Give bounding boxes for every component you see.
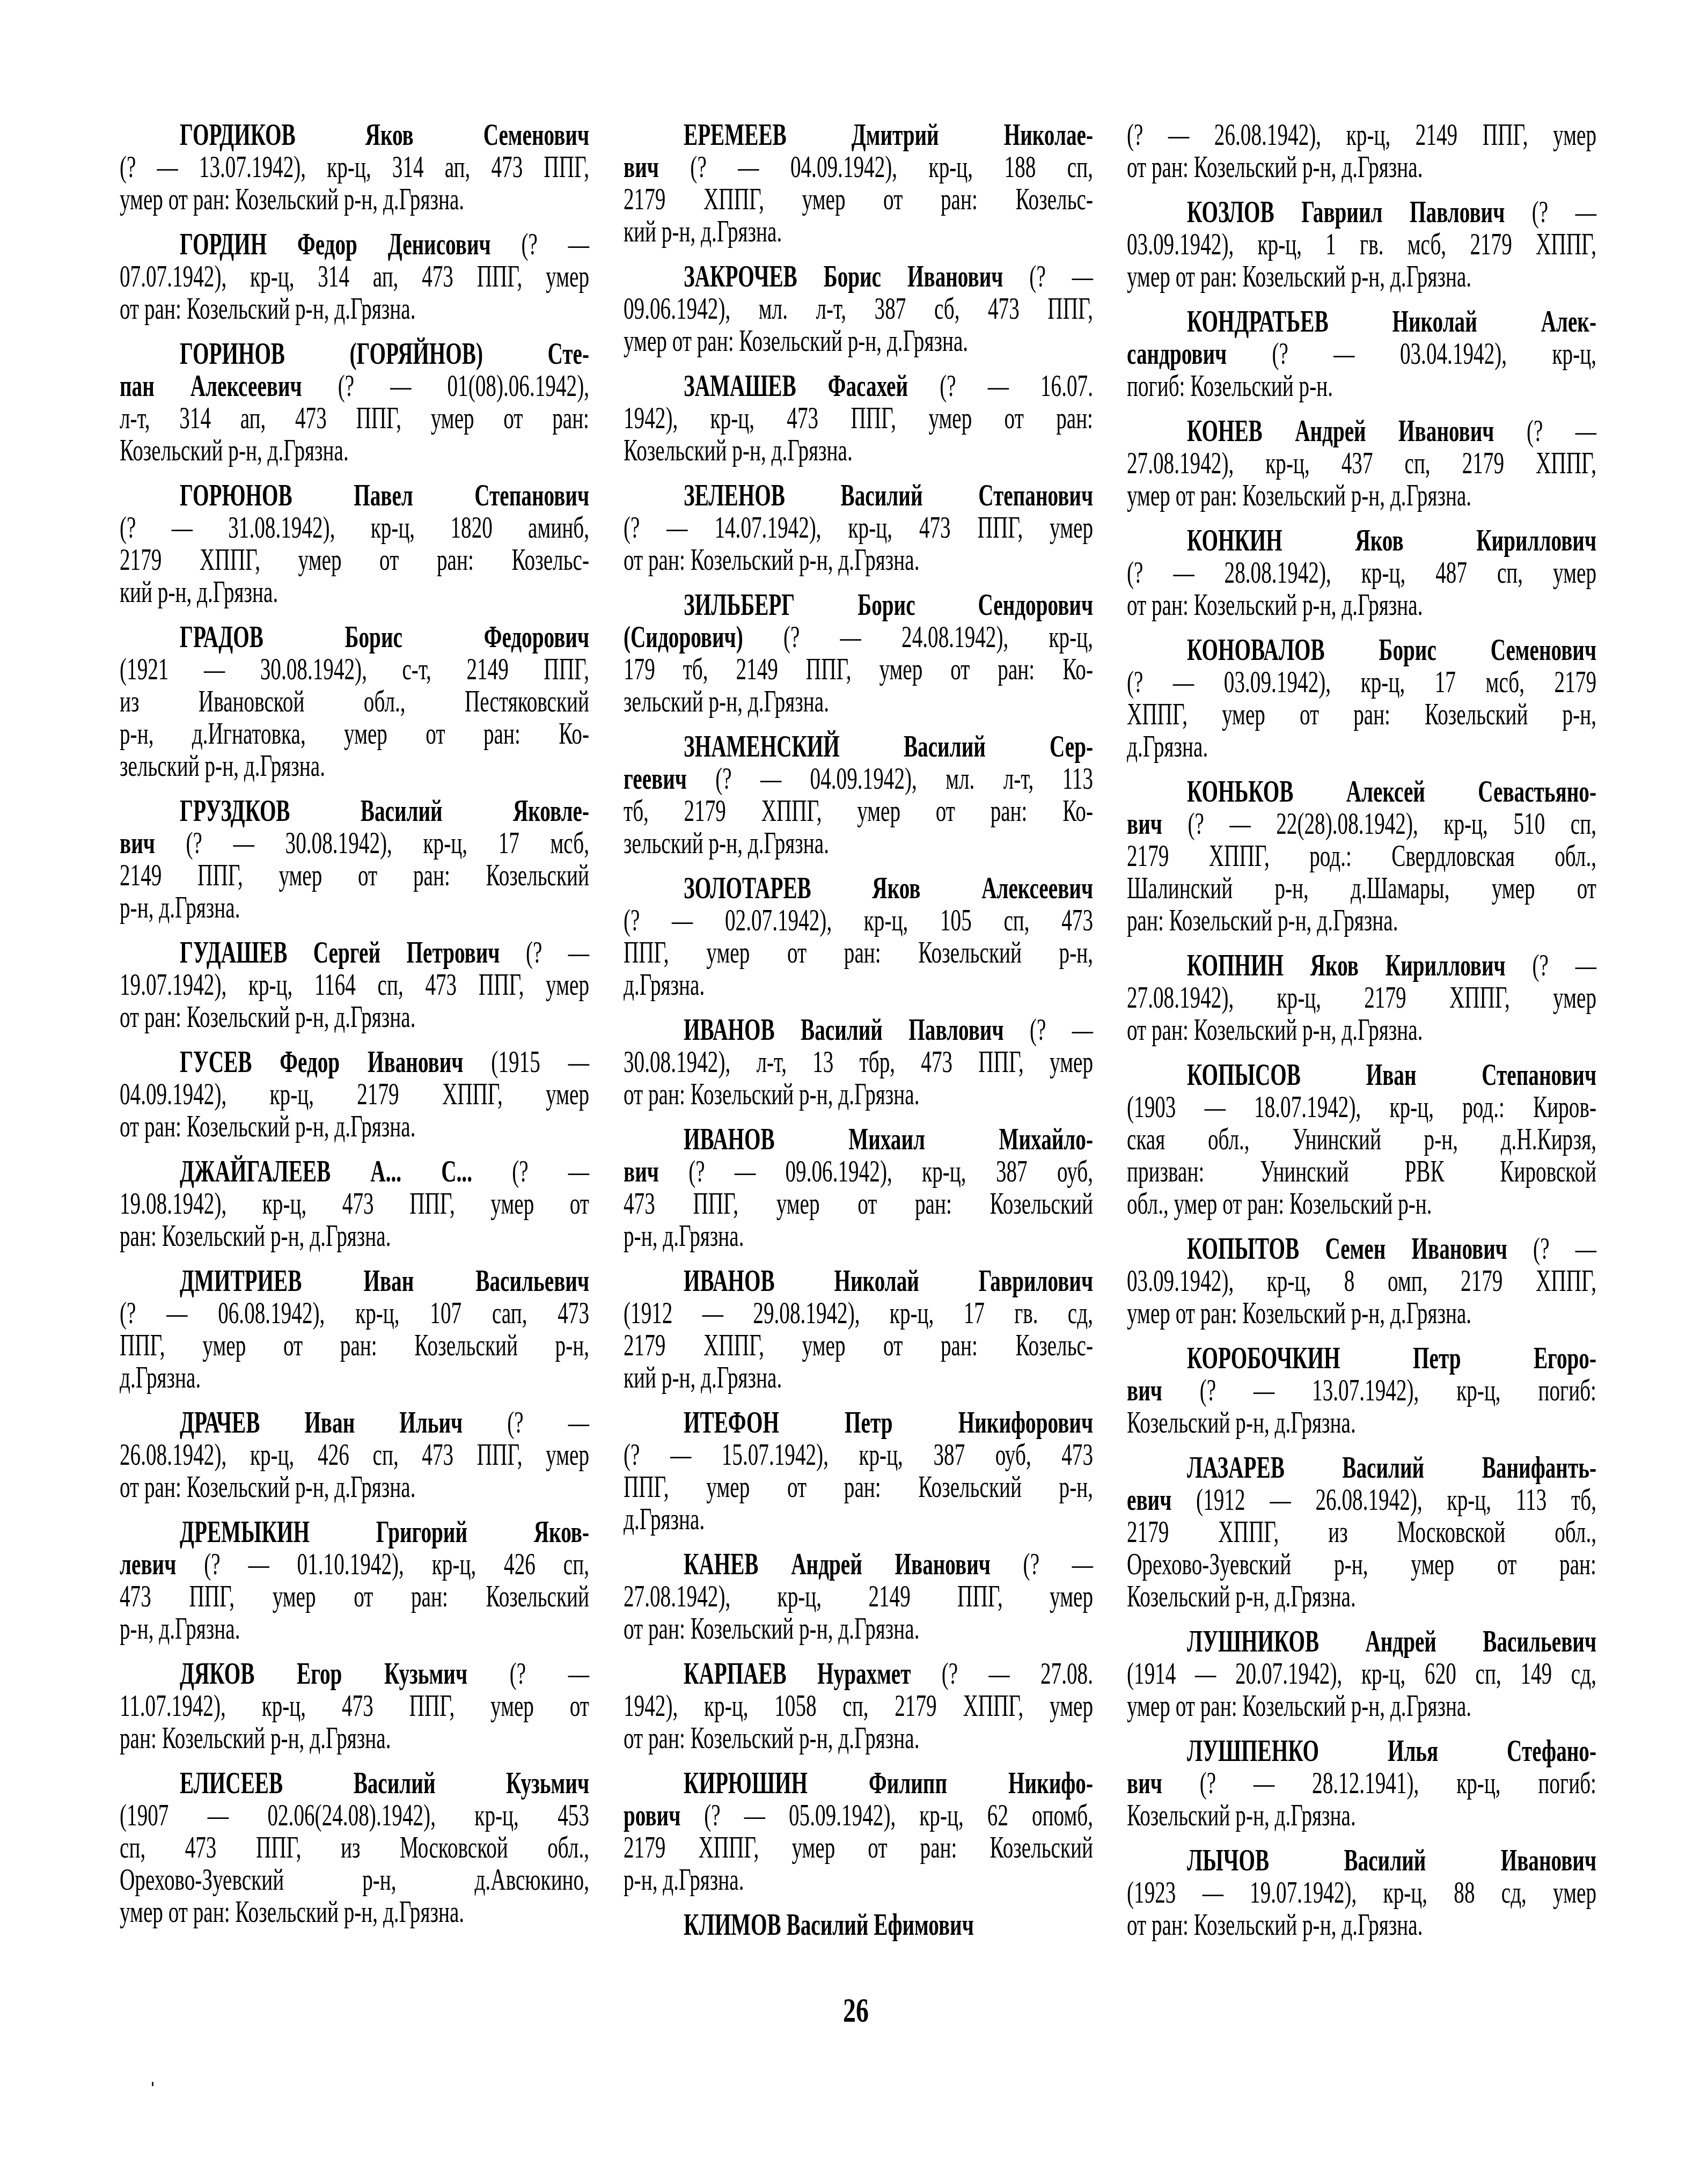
entry-details: 2179 ХППГ, из Московской обл., <box>1127 1516 1596 1549</box>
memorial-entry: КОПЫТОВ Семен Иванович (? —03.09.1942), … <box>1127 1233 1596 1330</box>
entry-details: 2149 ППГ, умер от ран: Козельский <box>120 859 589 892</box>
memorial-entry: ДЯКОВ Егор Кузьмич (? —11.07.1942), кр-ц… <box>120 1658 589 1755</box>
entry-details: зельский р-н, д.Грязна. <box>624 685 829 718</box>
entry-details: умер от ран: Козельский р-н, д.Грязна. <box>1127 479 1471 512</box>
entry-text-line: ХППГ, умер от ран: Козельский р-н, <box>1127 699 1596 731</box>
entry-details: ППГ, умер от ран: Козельский р-н, <box>624 936 1093 970</box>
entry-details: зельский р-н, д.Грязна. <box>624 827 829 860</box>
entry-details: (? — <box>991 1548 1093 1581</box>
entry-details: л-т, 314 ап, 473 ППГ, умер от ран: <box>120 402 589 435</box>
entry-text-line: 2179 ХППГ, умер от ран: Козельский <box>624 1832 1093 1864</box>
entry-text-line: ран: Козельский р-н, д.Грязна. <box>1127 905 1596 937</box>
entry-text-line: 27.08.1942), кр-ц, 2179 ХППГ, умер <box>1127 982 1596 1014</box>
person-name: ЛУШНИКОВ Андрей Васильевич <box>1187 1625 1596 1658</box>
person-name: ДЖАЙГАЛЕЕВ А... С... <box>180 1155 472 1188</box>
entry-details: (? — 01.10.1942), кр-ц, 426 сп, <box>176 1548 589 1581</box>
entry-text-line: р-н, д.Грязна. <box>120 1613 589 1645</box>
entry-details: Шалинский р-н, д.Шамары, умер от <box>1127 872 1596 905</box>
person-name: КОПЫСОВ Иван Степанович <box>1187 1059 1596 1092</box>
memorial-entry: ДРЕМЫКИН Григорий Яков-левич (? — 01.10.… <box>120 1516 589 1645</box>
person-name: ЛЫЧОВ Василий Иванович <box>1187 1844 1596 1877</box>
entry-heading-line: ЛУШНИКОВ Андрей Васильевич <box>1127 1626 1596 1658</box>
entry-details: умер от ран: Козельский р-н, д.Грязна. <box>120 183 464 216</box>
memorial-entry: ДЖАЙГАЛЕЕВ А... С... (? —19.08.1942), кр… <box>120 1156 589 1252</box>
entry-text-line: р-н, д.Игнатовка, умер от ран: Ко- <box>120 718 589 750</box>
entry-text-line: кий р-н, д.Грязна. <box>624 1362 1093 1394</box>
entry-details: р-н, д.Грязна. <box>120 891 240 924</box>
entry-details: (1912 — 29.08.1942), кр-ц, 17 гв. сд, <box>624 1297 1093 1330</box>
entry-details: от ран: Козельский р-н, д.Грязна. <box>624 1722 919 1755</box>
memorial-entry: ЗНАМЕНСКИЙ Василий Сер-геевич (? — 04.09… <box>624 731 1093 860</box>
entry-heading-line: КОПЫСОВ Иван Степанович <box>1127 1059 1596 1091</box>
person-name: ЗЕЛЕНОВ Василий Степанович <box>684 479 1093 512</box>
entry-text-line: 473 ППГ, умер от ран: Козельский <box>120 1581 589 1613</box>
entry-heading-line: ЗОЛОТАРЕВ Яков Алексеевич <box>624 872 1093 905</box>
memorial-entry: КАНЕВ Андрей Иванович (? —27.08.1942), к… <box>624 1548 1093 1645</box>
entry-details: (? — 02.07.1942), кр-ц, 105 сп, 473 <box>624 904 1093 937</box>
entry-text-line: умер от ран: Козельский р-н, д.Грязна. <box>120 1896 589 1928</box>
entry-heading-line: ИВАНОВ Михаил Михайло- <box>624 1124 1093 1156</box>
entry-heading-line: КОЗЛОВ Гавриил Павлович (? — <box>1127 196 1596 229</box>
entry-details: (? — 30.08.1942), кр-ц, 17 мсб, <box>155 827 589 860</box>
entry-heading-line: КОРОБОЧКИН Петр Егоро- <box>1127 1342 1596 1375</box>
entry-details: (? — <box>467 1657 589 1691</box>
entry-details: 04.09.1942), кр-ц, 2179 ХППГ, умер <box>120 1078 589 1111</box>
entry-details: (? — <box>1506 949 1596 982</box>
entry-text-line: умер от ран: Козельский р-н, д.Грязна. <box>120 183 589 216</box>
entry-details: р-н, д.Грязна. <box>120 1612 240 1646</box>
entry-details: ППГ, умер от ран: Козельский р-н, <box>624 1471 1093 1504</box>
entry-details: (? — <box>491 228 589 261</box>
person-name: ЕЛИСЕЕВ Василий Кузьмич <box>180 1767 589 1800</box>
entry-details: Орехово-Зуевский р-н, д.Авсюкино, <box>120 1863 589 1897</box>
entry-text-line: 19.08.1942), кр-ц, 473 ППГ, умер от <box>120 1188 589 1220</box>
memorial-entry: КОНЬКОВ Алексей Севастьяно-вич (? — 22(2… <box>1127 776 1596 937</box>
entry-text-line: вич (? — 13.07.1942), кр-ц, погиб: <box>1127 1375 1596 1407</box>
entry-text-line: д.Грязна. <box>120 1362 589 1394</box>
entry-details: от ран: Козельский р-н, д.Грязна. <box>1127 151 1423 184</box>
person-name: КОНЬКОВ Алексей Севастьяно- <box>1187 775 1596 809</box>
scan-speck <box>152 2082 153 2086</box>
memorial-entry: ЗАМАШЕВ Фасахей (? — 16.07.1942), кр-ц, … <box>624 370 1093 467</box>
entry-details: от ран: Козельский р-н, д.Грязна. <box>624 1612 919 1646</box>
entry-text-line: (? — 28.08.1942), кр-ц, 487 сп, умер <box>1127 557 1596 589</box>
entry-heading-line: ИВАНОВ Василий Павлович (? — <box>624 1014 1093 1046</box>
entry-text-line: д.Грязна. <box>1127 731 1596 763</box>
memorial-entry: ДМИТРИЕВ Иван Васильевич(? — 06.08.1942)… <box>120 1265 589 1394</box>
entry-heading-line: ГУСЕВ Федор Иванович (1915 — <box>120 1046 589 1078</box>
entry-details: 03.09.1942), кр-ц, 8 омп, 2179 ХППГ, <box>1127 1265 1596 1298</box>
entry-text-line: от ран: Козельский р-н, д.Грязна. <box>624 1722 1093 1755</box>
entry-text-line: (1903 — 18.07.1942), кр-ц, род.: Киров- <box>1127 1091 1596 1124</box>
memorial-entry: ЗОЛОТАРЕВ Яков Алексеевич(? — 02.07.1942… <box>624 872 1093 1001</box>
entry-text-line: вич (? — 09.06.1942), кр-ц, 387 оуб, <box>624 1156 1093 1188</box>
entry-heading-line: КОНЬКОВ Алексей Севастьяно- <box>1127 776 1596 808</box>
entry-text-line: 1942), кр-ц, 473 ППГ, умер от ран: <box>624 402 1093 435</box>
entry-details: кий р-н, д.Грязна. <box>120 576 278 609</box>
entry-details: призван: Унинский РВК Кировской <box>1127 1155 1596 1188</box>
entry-details: Козельский р-н, д.Грязна. <box>1127 1406 1356 1440</box>
entry-heading-line: ЕРЕМЕЕВ Дмитрий Николае- <box>624 119 1093 151</box>
entry-heading-line: КОНКИН Яков Кириллович <box>1127 525 1596 557</box>
entry-details: (? — 26.08.1942), кр-ц, 2149 ППГ, умер <box>1127 119 1596 152</box>
entry-details: 30.08.1942), л-т, 13 тбр, 473 ППГ, умер <box>624 1046 1093 1079</box>
person-name: ЗНАМЕНСКИЙ Василий Сер- <box>684 730 1093 764</box>
entry-text-line: вич (? — 22(28).08.1942), кр-ц, 510 сп, <box>1127 808 1596 840</box>
entry-heading-line: ГОРДИН Федор Денисович (? — <box>120 229 589 261</box>
entry-heading-line: ИВАНОВ Николай Гаврилович <box>624 1265 1093 1297</box>
entry-text-line: Козельский р-н, д.Грязна. <box>1127 1581 1596 1613</box>
entry-heading-line: ДЖАЙГАЛЕЕВ А... С... (? — <box>120 1156 589 1188</box>
memorial-entry: ГУДАШЕВ Сергей Петрович (? —19.07.1942),… <box>120 937 589 1033</box>
entry-text-line: 03.09.1942), кр-ц, 8 омп, 2179 ХППГ, <box>1127 1265 1596 1297</box>
entry-text-line: (1912 — 29.08.1942), кр-ц, 17 гв. сд, <box>624 1297 1093 1330</box>
entry-text-line: д.Грязна. <box>624 1503 1093 1536</box>
person-name: ГОРДИКОВ Яков Семенович <box>180 119 589 152</box>
entry-text-line: ППГ, умер от ран: Козельский р-н, <box>624 937 1093 969</box>
person-name: вич <box>624 151 659 184</box>
entry-details: от ран: Козельский р-н, д.Грязна. <box>120 1471 415 1504</box>
entry-details: 11.07.1942), кр-ц, 473 ППГ, умер от <box>120 1690 589 1723</box>
person-name: КОНОВАЛОВ Борис Семенович <box>1187 634 1596 667</box>
entry-details: (1914 — 20.07.1942), кр-ц, 620 сп, 149 с… <box>1127 1657 1596 1691</box>
entry-details: умер от ран: Козельский р-н, д.Грязна. <box>1127 260 1471 293</box>
entry-text-line: от ран: Козельский р-н, д.Грязна. <box>120 293 589 325</box>
entry-text-line: (1923 — 19.07.1942), кр-ц, 88 сд, умер <box>1127 1877 1596 1909</box>
entry-details: умер от ран: Козельский р-н, д.Грязна. <box>120 1896 464 1929</box>
memorial-entry: ГРУЗДКОВ Василий Яковле-вич (? — 30.08.1… <box>120 795 589 924</box>
entry-details: д.Грязна. <box>624 968 705 1002</box>
person-name: КОРОБОЧКИН Петр Егоро- <box>1187 1342 1596 1375</box>
entry-text-line: 2179 ХППГ, умер от ран: Козельс- <box>120 544 589 576</box>
entry-heading-line: КАРПАЕВ Нурахмет (? — 27.08. <box>624 1658 1093 1690</box>
person-name: КОПЫТОВ Семен Иванович <box>1187 1232 1507 1266</box>
memorial-entry: ГОРЮНОВ Павел Степанович(? — 31.08.1942)… <box>120 480 589 608</box>
entry-heading-line: КОПНИН Яков Кириллович (? — <box>1127 950 1596 982</box>
entry-text-line: сандрович (? — 03.04.1942), кр-ц, <box>1127 338 1596 370</box>
entry-heading-line: ЗАМАШЕВ Фасахей (? — 16.07. <box>624 370 1093 402</box>
entry-details: от ран: Козельский р-н, д.Грязна. <box>624 544 919 577</box>
memorial-entry: ЛУШПЕНКО Илья Стефано-вич (? — 28.12.194… <box>1127 1735 1596 1832</box>
person-name: ЕРЕМЕЕВ Дмитрий Николае- <box>684 119 1093 152</box>
memorial-entry: ГРАДОВ Борис Федорович(1921 — 30.08.1942… <box>120 621 589 782</box>
entry-text-line: (? — 14.07.1942), кр-ц, 473 ППГ, умер <box>624 512 1093 544</box>
entry-text-line: призван: Унинский РВК Кировской <box>1127 1156 1596 1188</box>
entry-details: (? — <box>463 1406 589 1440</box>
entry-details: (? — 13.07.1942), кр-ц, погиб: <box>1162 1374 1596 1407</box>
person-name: вич <box>120 827 155 860</box>
entry-details: (? — 03.09.1942), кр-ц, 17 мсб, 2179 <box>1127 666 1596 699</box>
entry-text-line: (? — 31.08.1942), кр-ц, 1820 аминб, <box>120 512 589 544</box>
entry-text-line: от ран: Козельский р-н, д.Грязна. <box>120 1471 589 1503</box>
entry-details: Козельский р-н, д.Грязна. <box>624 434 853 467</box>
entry-details: 2179 ХППГ, умер от ран: Козельс- <box>624 1329 1093 1362</box>
entry-heading-line: ДЯКОВ Егор Кузьмич (? — <box>120 1658 589 1690</box>
entry-text-line: сп, 473 ППГ, из Московской обл., <box>120 1832 589 1864</box>
person-name: рович <box>624 1799 680 1832</box>
entry-text-line: д.Грязна. <box>624 969 1093 1001</box>
entry-text-line: от ран: Козельский р-н, д.Грязна. <box>1127 1014 1596 1046</box>
entry-details: (1912 — 26.08.1942), кр-ц, 113 тб, <box>1171 1484 1596 1517</box>
entry-details: 19.07.1942), кр-ц, 1164 сп, 473 ППГ, уме… <box>120 968 589 1002</box>
entry-text-line: умер от ран: Козельский р-н, д.Грязна. <box>1127 1690 1596 1722</box>
entry-text-line: (Сидорович) (? — 24.08.1942), кр-ц, <box>624 621 1093 654</box>
entry-text-line: Орехово-Зуевский р-н, умер от ран: <box>1127 1548 1596 1581</box>
person-name: КОНЕВ Андрей Иванович <box>1187 415 1494 448</box>
entry-text-line: 30.08.1942), л-т, 13 тбр, 473 ППГ, умер <box>624 1046 1093 1078</box>
entry-text-line: от ран: Козельский р-н, д.Грязна. <box>624 1078 1093 1111</box>
entry-text-line: зельский р-н, д.Грязна. <box>624 827 1093 860</box>
person-name: ГОРДИН Федор Денисович <box>180 228 491 261</box>
entry-heading-line: ЛУШПЕНКО Илья Стефано- <box>1127 1735 1596 1767</box>
entry-text-line: умер от ран: Козельский р-н, д.Грязна. <box>1127 480 1596 512</box>
memorial-entry: ЗИЛЬБЕРГ Борис Сендорович(Сидорович) (? … <box>624 589 1093 718</box>
entry-text-line: ППГ, умер от ран: Козельский р-н, <box>624 1471 1093 1503</box>
entry-details: 19.08.1942), кр-ц, 473 ППГ, умер от <box>120 1187 589 1221</box>
person-name: КОЗЛОВ Гавриил Павлович <box>1187 196 1505 229</box>
entry-heading-line: КОНДРАТЬЕВ Николай Алек- <box>1127 306 1596 338</box>
entry-heading-line: ЗЕЛЕНОВ Василий Степанович <box>624 480 1093 512</box>
entry-details: из Ивановской обл., Пестяковский <box>120 685 589 718</box>
entry-text-line: 1942), кр-ц, 1058 сп, 2179 ХППГ, умер <box>624 1690 1093 1722</box>
entry-details: Козельский р-н, д.Грязна. <box>1127 1799 1356 1832</box>
person-name: левич <box>120 1548 176 1581</box>
entry-details: от ран: Козельский р-н, д.Грязна. <box>624 1078 919 1111</box>
entry-text-line: ППГ, умер от ран: Козельский р-н, <box>120 1330 589 1362</box>
text-column-right: (? — 26.08.1942), кр-ц, 2149 ППГ, умерот… <box>1127 119 1596 1954</box>
entry-details: (? — 14.07.1942), кр-ц, 473 ППГ, умер <box>624 511 1093 545</box>
entry-text-line: пан Алексеевич (? — 01(08).06.1942), <box>120 370 589 402</box>
entry-text-line: Шалинский р-н, д.Шамары, умер от <box>1127 872 1596 905</box>
entry-details: (? — 13.07.1942), кр-ц, 314 ап, 473 ППГ, <box>120 151 589 184</box>
entry-details: ран: Козельский р-н, д.Грязна. <box>120 1722 391 1755</box>
entry-details: (? — 16.07. <box>908 370 1093 403</box>
person-name: КЛИМОВ Василий Ефимович <box>684 1909 974 1942</box>
person-name: ЗАМАШЕВ Фасахей <box>684 370 908 403</box>
entry-text-line: кий р-н, д.Грязна. <box>120 576 589 608</box>
memorial-entry: ЛУШНИКОВ Андрей Васильевич(1914 — 20.07.… <box>1127 1626 1596 1722</box>
entry-details: (? — 04.09.1942), кр-ц, 188 сп, <box>659 151 1093 184</box>
entry-details: 09.06.1942), мл. л-т, 387 сб, 473 ППГ, <box>624 292 1093 326</box>
entry-details: 2179 ХППГ, род.: Свердловская обл., <box>1127 840 1596 873</box>
entry-details: обл., умер от ран: Козельский р-н. <box>1127 1187 1432 1221</box>
memorial-entry: ЕРЕМЕЕВ Дмитрий Николае-вич (? — 04.09.1… <box>624 119 1093 248</box>
entry-text-line: (1914 — 20.07.1942), кр-ц, 620 сп, 149 с… <box>1127 1658 1596 1690</box>
entry-text-line: 04.09.1942), кр-ц, 2179 ХППГ, умер <box>120 1078 589 1111</box>
entry-text-line: геевич (? — 04.09.1942), мл. л-т, 113 <box>624 763 1093 795</box>
entry-details: 07.07.1942), кр-ц, 314 ап, 473 ППГ, умер <box>120 260 589 293</box>
entry-details: (? — <box>500 936 589 970</box>
person-name: ГРУЗДКОВ Василий Яковле- <box>180 795 589 828</box>
memorial-entry: КОНОВАЛОВ Борис Семенович(? — 03.09.1942… <box>1127 634 1596 763</box>
person-name: КОНДРАТЬЕВ Николай Алек- <box>1187 305 1596 339</box>
entry-heading-line: ГРАДОВ Борис Федорович <box>120 621 589 654</box>
entry-details: д.Грязна. <box>1127 730 1208 764</box>
text-column-left: ГОРДИКОВ Яков Семенович(? — 13.07.1942),… <box>120 119 589 1941</box>
memorial-entry: ДРАЧЕВ Иван Ильич (? —26.08.1942), кр-ц,… <box>120 1407 589 1503</box>
entry-details: (? — <box>472 1155 589 1188</box>
entry-text-line: р-н, д.Грязна. <box>120 892 589 924</box>
entry-details: (1915 — <box>463 1046 589 1079</box>
entry-text-line: (? — 06.08.1942), кр-ц, 107 сап, 473 <box>120 1297 589 1330</box>
entry-details: от ран: Козельский р-н, д.Грязна. <box>120 292 415 326</box>
entry-text-line: Козельский р-н, д.Грязна. <box>624 435 1093 467</box>
person-name: ГОРИНОВ (ГОРЯЙНОВ) Сте- <box>180 337 589 371</box>
person-name: ЗОЛОТАРЕВ Яков Алексеевич <box>684 872 1093 905</box>
entry-heading-line: ЗАКРОЧЕВ Борис Иванович (? — <box>624 261 1093 293</box>
entry-details: ран: Козельский р-н, д.Грязна. <box>1127 904 1398 937</box>
entry-details: 1942), кр-ц, 1058 сп, 2179 ХППГ, умер <box>624 1690 1093 1723</box>
entry-details: р-н, д.Грязна. <box>624 1863 744 1897</box>
entry-details: (? — <box>1003 260 1093 293</box>
entry-details: от ран: Козельский р-н, д.Грязна. <box>1127 1014 1423 1047</box>
entry-text-line: 27.08.1942), кр-ц, 437 сп, 2179 ХППГ, <box>1127 447 1596 480</box>
memorial-entry: ИТЕФОН Петр Никифорович(? — 15.07.1942),… <box>624 1407 1093 1536</box>
entry-details: кий р-н, д.Грязна. <box>624 1361 782 1394</box>
entry-text-line: Козельский р-н, д.Грязна. <box>120 435 589 467</box>
entry-text-line: из Ивановской обл., Пестяковский <box>120 686 589 718</box>
person-name: ИВАНОВ Михаил Михайло- <box>684 1123 1093 1156</box>
memorial-entry: (? — 26.08.1942), кр-ц, 2149 ППГ, умерот… <box>1127 119 1596 183</box>
entry-text-line: (? — 26.08.1942), кр-ц, 2149 ППГ, умер <box>1127 119 1596 151</box>
person-name: вич <box>624 1155 659 1188</box>
entry-text-line: Козельский р-н, д.Грязна. <box>1127 1407 1596 1439</box>
entry-details: ППГ, умер от ран: Козельский р-н, <box>120 1329 589 1362</box>
entry-details: (? — 01(08).06.1942), <box>302 370 589 403</box>
entry-text-line: от ран: Козельский р-н, д.Грязна. <box>1127 1909 1596 1941</box>
entry-details: зельский р-н, д.Грязна. <box>120 750 325 783</box>
entry-heading-line: КОНЕВ Андрей Иванович (? — <box>1127 415 1596 447</box>
entry-details: 27.08.1942), кр-ц, 437 сп, 2179 ХППГ, <box>1127 447 1596 480</box>
person-name: КОПНИН Яков Кириллович <box>1187 949 1506 982</box>
entry-details: кий р-н, д.Грязна. <box>624 215 782 248</box>
person-name: ИВАНОВ Николай Гаврилович <box>684 1265 1093 1298</box>
entry-details: (? — 24.08.1942), кр-ц, <box>743 621 1093 654</box>
entry-details: Козельский р-н, д.Грязна. <box>120 434 349 467</box>
memorial-entry: КОЗЛОВ Гавриил Павлович (? —03.09.1942),… <box>1127 196 1596 293</box>
entry-heading-line: ДРАЧЕВ Иван Ильич (? — <box>120 1407 589 1439</box>
entry-details: Козельский р-н, д.Грязна. <box>1127 1580 1356 1613</box>
entry-details: (? — 06.08.1942), кр-ц, 107 сап, 473 <box>120 1297 589 1330</box>
memorial-entry: ГОРИНОВ (ГОРЯЙНОВ) Сте-пан Алексеевич (?… <box>120 338 589 467</box>
entry-heading-line: ЛЫЧОВ Василий Иванович <box>1127 1845 1596 1877</box>
person-name: вич <box>1127 1767 1162 1800</box>
entry-heading-line: КАНЕВ Андрей Иванович (? — <box>624 1548 1093 1581</box>
person-name: ИВАНОВ Василий Павлович <box>684 1014 1004 1047</box>
entry-text-line: Орехово-Зуевский р-н, д.Авсюкино, <box>120 1864 589 1896</box>
entry-details: от ран: Козельский р-н, д.Грязна. <box>1127 1909 1423 1942</box>
entry-text-line: р-н, д.Грязна. <box>624 1220 1093 1252</box>
entry-text-line: 473 ППГ, умер от ран: Козельский <box>624 1188 1093 1220</box>
entry-details: (? — <box>1004 1014 1093 1047</box>
entry-details: 1942), кр-ц, 473 ППГ, умер от ран: <box>624 402 1093 435</box>
person-name: сандрович <box>1127 337 1227 371</box>
entry-details: от ран: Козельский р-н, д.Грязна. <box>120 1110 415 1143</box>
person-name: ДРЕМЫКИН Григорий Яков- <box>180 1516 589 1549</box>
memorial-entry: ЗЕЛЕНОВ Василий Степанович(? — 14.07.194… <box>624 480 1093 576</box>
entry-details: (? — 28.12.1941), кр-ц, погиб: <box>1162 1767 1596 1800</box>
person-name: евич <box>1127 1484 1171 1517</box>
memorial-entry: КИРЮШИН Филипп Никифо-рович (? — 05.09.1… <box>624 1767 1093 1896</box>
entry-text-line: вич (? — 04.09.1942), кр-ц, 188 сп, <box>624 151 1093 183</box>
person-name: ЛАЗАРЕВ Василий Ванифанть- <box>1187 1451 1596 1485</box>
entry-text-line: ская обл., Унинский р-н, д.Н.Кирзя, <box>1127 1124 1596 1156</box>
memorial-entry: ИВАНОВ Василий Павлович (? —30.08.1942),… <box>624 1014 1093 1111</box>
person-name: ГРАДОВ Борис Федорович <box>180 621 589 654</box>
entry-heading-line: ЗИЛЬБЕРГ Борис Сендорович <box>624 589 1093 621</box>
entry-details: умер от ран: Козельский р-н, д.Грязна. <box>624 325 968 358</box>
entry-heading-line: КОПЫТОВ Семен Иванович (? — <box>1127 1233 1596 1265</box>
entry-details: (? — <box>1505 196 1596 229</box>
entry-text-line: от ран: Козельский р-н, д.Грязна. <box>1127 151 1596 183</box>
entry-text-line: 179 тб, 2149 ППГ, умер от ран: Ко- <box>624 654 1093 686</box>
person-name: ГУДАШЕВ Сергей Петрович <box>180 936 500 970</box>
person-name: КАНЕВ Андрей Иванович <box>684 1548 991 1581</box>
entry-text-line: вич (? — 30.08.1942), кр-ц, 17 мсб, <box>120 827 589 860</box>
entry-details: 2179 ХППГ, умер от ран: Козельс- <box>120 544 589 577</box>
entry-heading-line: ЕЛИСЕЕВ Василий Кузьмич <box>120 1767 589 1800</box>
entry-heading-line: ДМИТРИЕВ Иван Васильевич <box>120 1265 589 1297</box>
text-column-middle: ЕРЕМЕЕВ Дмитрий Николае-вич (? — 04.09.1… <box>624 119 1093 1954</box>
person-name: ЛУШПЕНКО Илья Стефано- <box>1187 1735 1596 1768</box>
entry-text-line: обл., умер от ран: Козельский р-н. <box>1127 1188 1596 1220</box>
entry-details: (1907 — 02.06(24.08).1942), кр-ц, 453 <box>120 1799 589 1832</box>
entry-details: (? — <box>1494 415 1596 448</box>
memorial-entry: КОНДРАТЬЕВ Николай Алек-сандрович (? — 0… <box>1127 306 1596 402</box>
entry-text-line: от ран: Козельский р-н, д.Грязна. <box>120 1111 589 1143</box>
entry-details: (? — 22(28).08.1942), кр-ц, 510 сп, <box>1162 808 1596 841</box>
entry-details: Орехово-Зуевский р-н, умер от ран: <box>1127 1548 1596 1581</box>
person-name: ДРАЧЕВ Иван Ильич <box>180 1406 463 1440</box>
entry-text-line: вич (? — 28.12.1941), кр-ц, погиб: <box>1127 1767 1596 1800</box>
memorial-entry: КОПНИН Яков Кириллович (? —27.08.1942), … <box>1127 950 1596 1046</box>
entry-details: сп, 473 ППГ, из Московской обл., <box>120 1831 589 1865</box>
memorial-entry: ГОРДИН Федор Денисович (? —07.07.1942), … <box>120 229 589 325</box>
memorial-entry: ЛЫЧОВ Василий Иванович(1923 — 19.07.1942… <box>1127 1845 1596 1941</box>
entry-details: (? — 05.09.1942), кр-ц, 62 опомб, <box>680 1799 1093 1832</box>
entry-details: ХППГ, умер от ран: Козельский р-н, <box>1127 698 1596 731</box>
entry-text-line: Козельский р-н, д.Грязна. <box>1127 1800 1596 1832</box>
entry-details: тб, 2179 ХППГ, умер от ран: Ко- <box>624 795 1093 828</box>
entry-details: (? — <box>1507 1232 1596 1266</box>
entry-text-line: (1907 — 02.06(24.08).1942), кр-ц, 453 <box>120 1800 589 1832</box>
entry-details: погиб: Козельский р-н. <box>1127 370 1333 403</box>
person-name: ГОРЮНОВ Павел Степанович <box>180 479 589 512</box>
memorial-entry: КОРОБОЧКИН Петр Егоро-вич (? — 13.07.194… <box>1127 1342 1596 1439</box>
entry-text-line: 2179 ХППГ, умер от ран: Козельс- <box>624 1330 1093 1362</box>
entry-details: 2179 ХППГ, умер от ран: Козельс- <box>624 183 1093 216</box>
entry-heading-line: КИРЮШИН Филипп Никифо- <box>624 1767 1093 1800</box>
entry-text-line: (1921 — 30.08.1942), с-т, 2149 ППГ, <box>120 654 589 686</box>
memorial-entry: КОНКИН Яков Кириллович(? — 28.08.1942), … <box>1127 525 1596 621</box>
entry-details: умер от ран: Козельский р-н, д.Грязна. <box>1127 1297 1471 1330</box>
entry-text-line: умер от ран: Козельский р-н, д.Грязна. <box>624 325 1093 357</box>
memorial-entry: ЕЛИСЕЕВ Василий Кузьмич(1907 — 02.06(24.… <box>120 1767 589 1928</box>
person-name: геевич <box>624 762 687 796</box>
memorial-entry: КОНЕВ Андрей Иванович (? —27.08.1942), к… <box>1127 415 1596 512</box>
entry-text-line: 11.07.1942), кр-ц, 473 ППГ, умер от <box>120 1690 589 1722</box>
memorial-entry: КЛИМОВ Василий Ефимович <box>624 1909 1093 1941</box>
entry-text-line: л-т, 314 ап, 473 ППГ, умер от ран: <box>120 402 589 435</box>
entry-text-line: 2179 ХППГ, умер от ран: Козельс- <box>624 183 1093 216</box>
memorial-entry: ЛАЗАРЕВ Василий Ванифанть-евич (1912 — 2… <box>1127 1452 1596 1613</box>
entry-text-line: 09.06.1942), мл. л-т, 387 сб, 473 ППГ, <box>624 293 1093 325</box>
entry-text-line: 2149 ППГ, умер от ран: Козельский <box>120 860 589 892</box>
entry-heading-line: ГРУЗДКОВ Василий Яковле- <box>120 795 589 827</box>
entry-text-line: умер от ран: Козельский р-н, д.Грязна. <box>1127 1297 1596 1330</box>
person-name: вич <box>1127 1374 1162 1407</box>
entry-heading-line: КОНОВАЛОВ Борис Семенович <box>1127 634 1596 666</box>
